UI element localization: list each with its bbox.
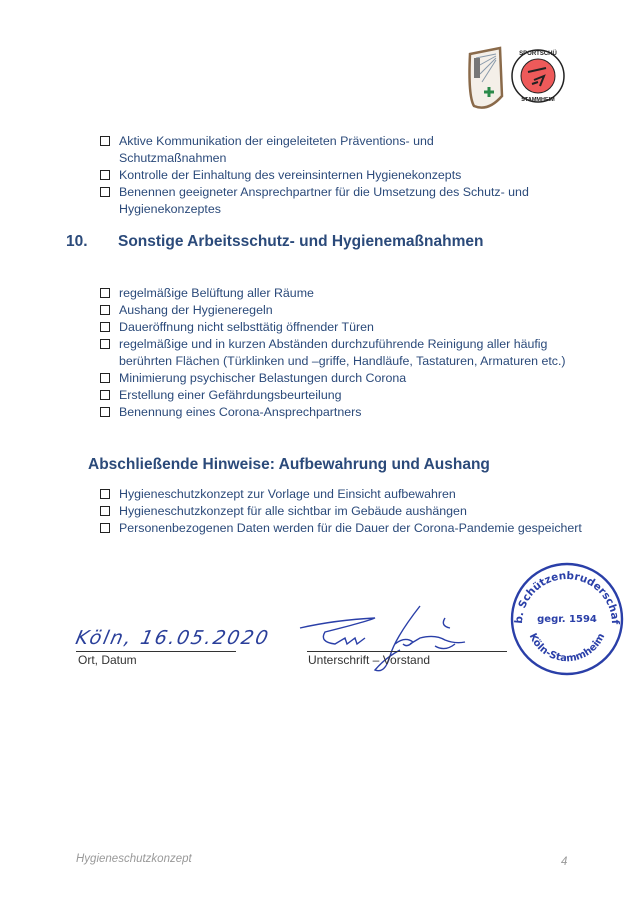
section10-title-wrap: Sonstige Arbeitsschutz- und Hygienemaßna…: [118, 233, 483, 251]
place-date-line: [76, 651, 236, 652]
checkbox[interactable]: [100, 489, 110, 499]
checklist-item-label: Aktive Kommunikation der eingeleiteten P…: [119, 134, 434, 165]
closing-title: Abschließende Hinweise: Aufbewahrung und…: [88, 456, 490, 473]
checkbox[interactable]: [100, 407, 110, 417]
section-number: 10.: [66, 233, 88, 250]
place-date-handwritten: Köln, 16.05.2020: [74, 627, 272, 649]
checklist-item: Minimierung psychischer Belastungen durc…: [100, 370, 580, 387]
stamp-icon: St. Seb. Schützenbruderschaft e. V. gegr…: [508, 560, 626, 678]
checklist-item: Aushang der Hygieneregeln: [100, 302, 580, 319]
checklist-item-label: regelmäßige Belüftung aller Räume: [119, 286, 314, 300]
checklist-item-label: Aushang der Hygieneregeln: [119, 303, 273, 317]
checklist-item: Benennung eines Corona-Ansprechpartners: [100, 404, 580, 421]
svg-text:SPORTSCHÜ: SPORTSCHÜ: [519, 50, 557, 57]
checklist-item: Daueröffnung nicht selbsttätig öffnender…: [100, 319, 580, 336]
svg-text:STAMMHEIM: STAMMHEIM: [521, 97, 555, 103]
stamp-center: gegr. 1594: [537, 614, 597, 625]
checklist-item: Hygieneschutzkonzept zur Vorlage und Ein…: [100, 486, 600, 503]
closing-checklist: Hygieneschutzkonzept zur Vorlage und Ein…: [100, 486, 600, 537]
checklist-item-label: Personenbezogenen Daten werden für die D…: [119, 521, 582, 535]
checklist-item: Personenbezogenen Daten werden für die D…: [100, 520, 600, 537]
section10-heading: 10.: [66, 233, 88, 251]
checklist-item: regelmäßige und in kurzen Abständen durc…: [100, 336, 589, 370]
checkbox[interactable]: [100, 187, 110, 197]
checklist-item: Erstellung einer Gefährdungsbeurteilung: [100, 387, 580, 404]
closing-heading: Abschließende Hinweise: Aufbewahrung und…: [88, 456, 490, 474]
club-stamp: St. Seb. Schützenbruderschaft e. V. gegr…: [508, 560, 626, 678]
sportschuetzen-logo: SPORTSCHÜ STAMMHEIM: [512, 50, 564, 103]
section-title: Sonstige Arbeitsschutz- und Hygienemaßna…: [118, 233, 483, 250]
signature-line: [307, 651, 507, 652]
checkbox[interactable]: [100, 523, 110, 533]
svg-text:Köln-Stammheim: Köln-Stammheim: [527, 632, 608, 665]
coat-of-arms-logo: [470, 48, 503, 108]
checkbox[interactable]: [100, 373, 110, 383]
checkbox[interactable]: [100, 136, 110, 146]
checkbox[interactable]: [100, 322, 110, 332]
club-logos-icon: SPORTSCHÜ STAMMHEIM: [466, 46, 566, 116]
checklist-item: Kontrolle der Einhaltung des vereinsinte…: [100, 167, 540, 184]
checklist-item-label: Benennen geeigneter Ansprechpartner für …: [119, 185, 529, 216]
checklist-item: Benennen geeigneter Ansprechpartner für …: [100, 184, 529, 218]
page-number: 4: [561, 856, 567, 868]
place-date-label: Ort, Datum: [78, 653, 137, 667]
checklist-item-label: Erstellung einer Gefährdungsbeurteilung: [119, 388, 342, 402]
checkbox[interactable]: [100, 170, 110, 180]
checklist-item-label: Benennung eines Corona-Ansprechpartners: [119, 405, 361, 419]
checklist-item-label: Daueröffnung nicht selbsttätig öffnender…: [119, 320, 374, 334]
section10-checklist: regelmäßige Belüftung aller Räume Aushan…: [100, 285, 580, 421]
checklist-item-label: Kontrolle der Einhaltung des vereinsinte…: [119, 168, 461, 182]
checkbox[interactable]: [100, 390, 110, 400]
section9-checklist: Aktive Kommunikation der eingeleiteten P…: [100, 133, 540, 218]
checkbox[interactable]: [100, 288, 110, 298]
checkbox[interactable]: [100, 506, 110, 516]
checklist-item-label: Hygieneschutzkonzept für alle sichtbar i…: [119, 504, 467, 518]
signature-label: Unterschrift – Vorstand: [308, 653, 430, 667]
checklist-item: regelmäßige Belüftung aller Räume: [100, 285, 580, 302]
checklist-item-label: Hygieneschutzkonzept zur Vorlage und Ein…: [119, 487, 456, 501]
checklist-item-label: Minimierung psychischer Belastungen durc…: [119, 371, 406, 385]
checklist-item: Hygieneschutzkonzept für alle sichtbar i…: [100, 503, 600, 520]
header-logos: SPORTSCHÜ STAMMHEIM: [466, 46, 566, 116]
checkbox[interactable]: [100, 305, 110, 315]
footer-doc-title: Hygieneschutzkonzept: [76, 853, 192, 865]
checklist-item: Aktive Kommunikation der eingeleiteten P…: [100, 133, 540, 167]
checklist-item-label: regelmäßige und in kurzen Abständen durc…: [119, 337, 566, 368]
checkbox[interactable]: [100, 339, 110, 349]
